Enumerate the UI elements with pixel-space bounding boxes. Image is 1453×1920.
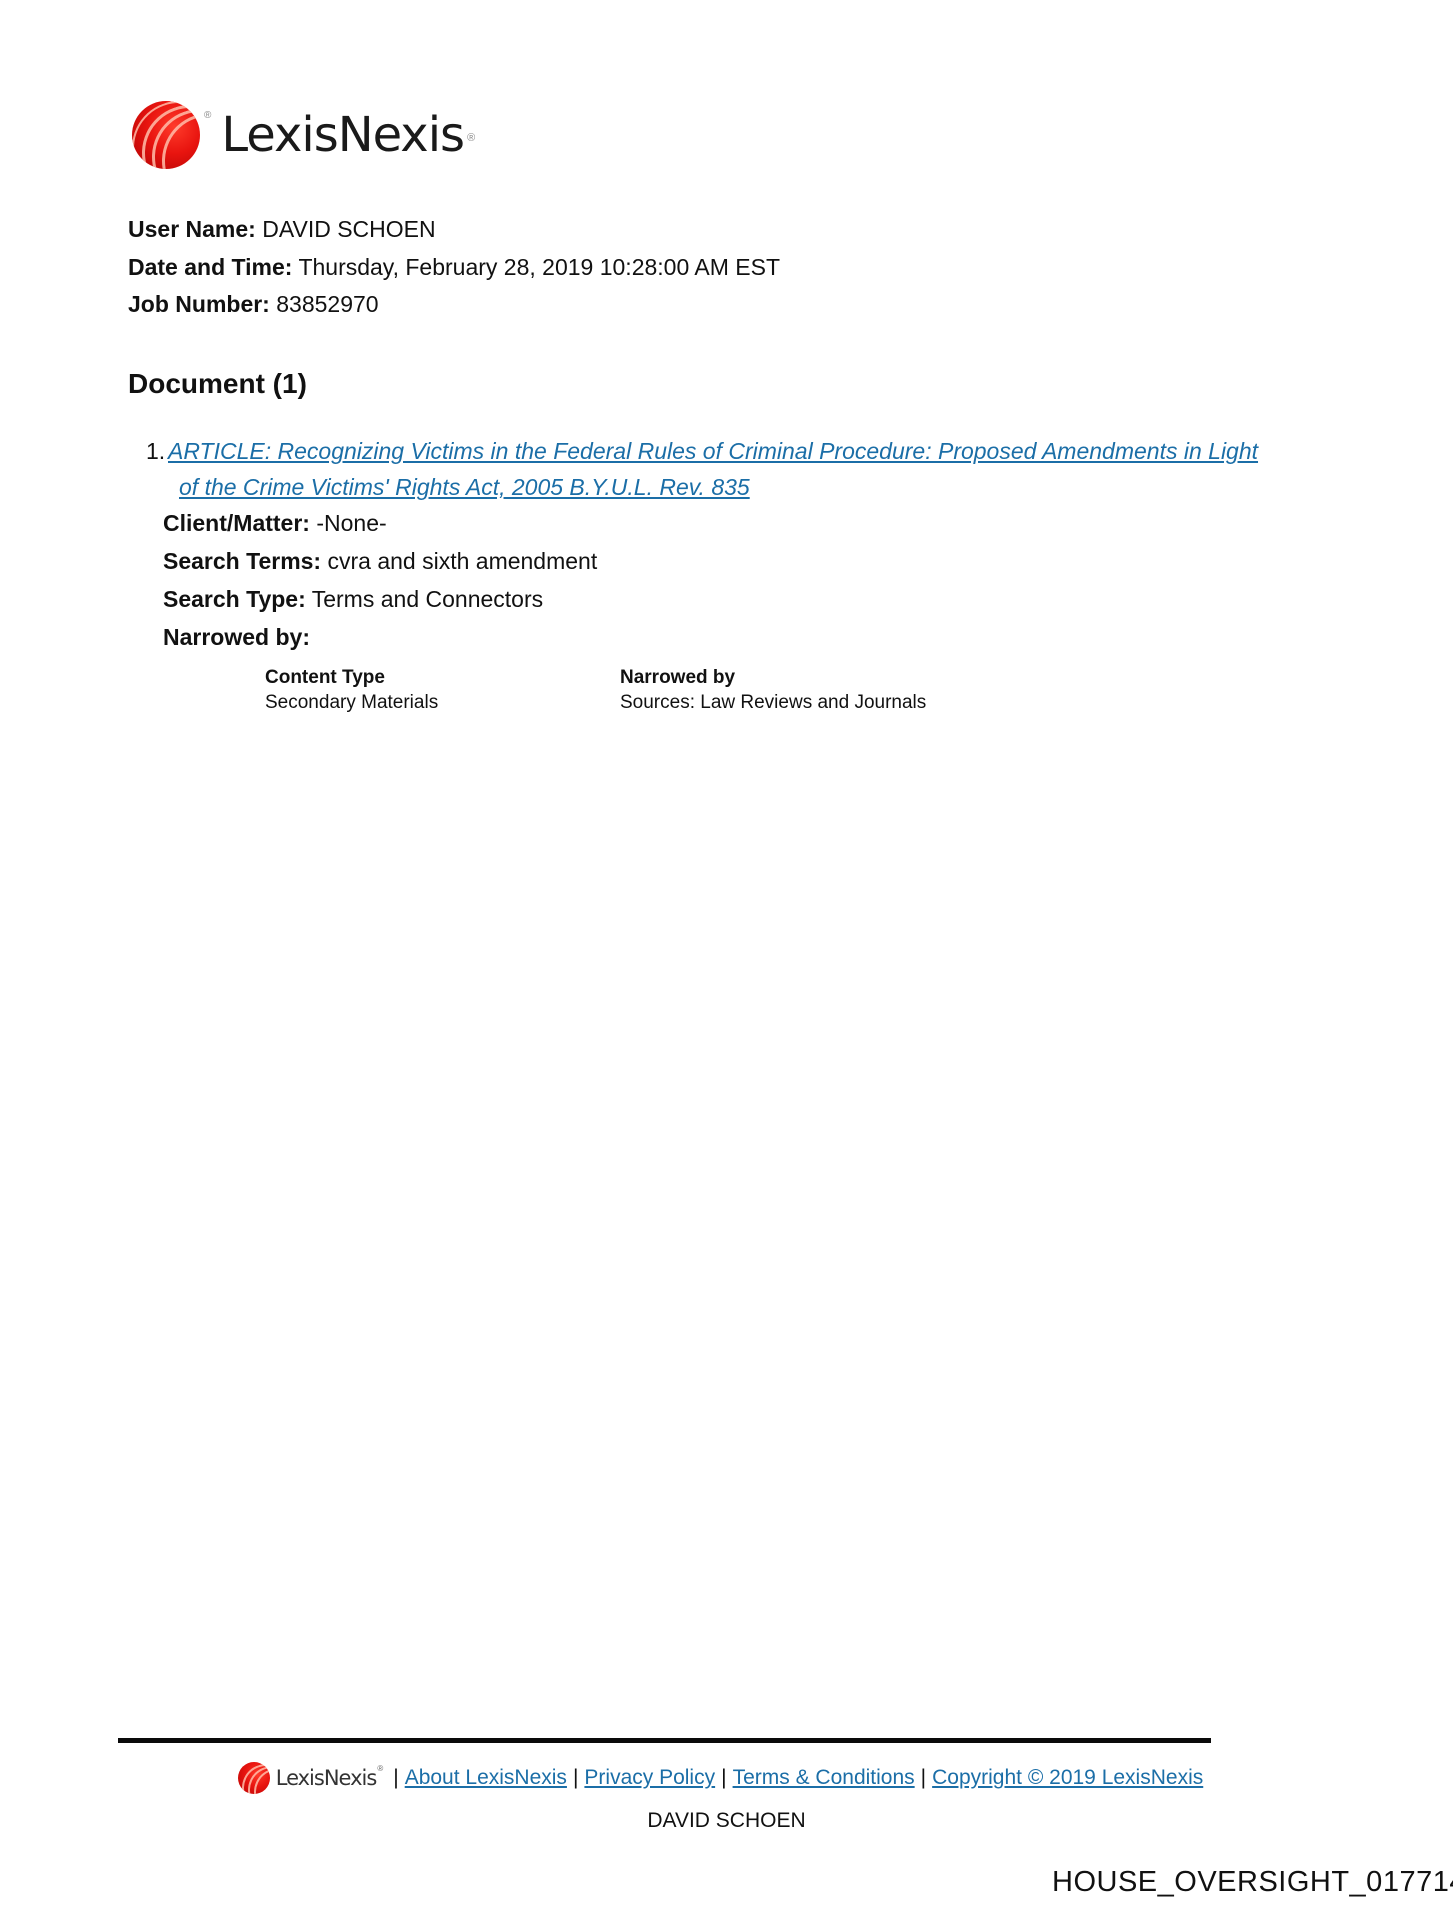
footer-logo-wordmark: LexisNexis [276, 1766, 377, 1790]
globe-icon [238, 1762, 270, 1794]
about-lexisnexis-link[interactable]: About LexisNexis [405, 1766, 567, 1790]
content-type-value: Secondary Materials [265, 690, 438, 715]
privacy-policy-link[interactable]: Privacy Policy [584, 1766, 715, 1790]
separator: | [721, 1766, 726, 1790]
document-title-link[interactable]: ARTICLE: Recognizing Victims in the Fede… [165, 433, 1315, 505]
narrowed-by-sources: Narrowed by Sources: Law Reviews and Jou… [620, 665, 926, 715]
logo-wordmark: LexisNexis [221, 107, 464, 163]
date-time-line: Date and Time: Thursday, February 28, 20… [128, 253, 780, 281]
job-number-line: Job Number: 83852970 [128, 290, 379, 318]
document-title-line1[interactable]: ARTICLE: Recognizing Victims in the Fede… [168, 438, 1258, 464]
client-matter-line: Client/Matter: -None- [163, 509, 387, 537]
search-terms-label: Search Terms: [163, 548, 321, 574]
narrowed-by-line: Narrowed by: [163, 623, 310, 651]
document-title-line2[interactable]: of the Crime Victims' Rights Act, 2005 B… [165, 469, 1315, 505]
registered-mark: ® [377, 1764, 383, 1773]
search-terms-value: cvra and sixth amendment [327, 548, 597, 574]
registered-mark: ® [204, 110, 211, 121]
document-number: 1. [146, 433, 165, 469]
search-type-label: Search Type: [163, 586, 306, 612]
separator: | [393, 1766, 398, 1790]
search-type-line: Search Type: Terms and Connectors [163, 585, 543, 613]
footer-links-bar: LexisNexis ® | About LexisNexis | Privac… [0, 1762, 1453, 1794]
user-name-label: User Name: [128, 216, 256, 242]
client-matter-value: -None- [316, 510, 386, 536]
job-number-label: Job Number: [128, 291, 270, 317]
user-name-value: DAVID SCHOEN [262, 216, 435, 242]
client-matter-label: Client/Matter: [163, 510, 310, 536]
search-type-value: Terms and Connectors [312, 586, 543, 612]
registered-mark: ® [467, 132, 475, 144]
content-type-header: Content Type [265, 665, 438, 690]
terms-conditions-link[interactable]: Terms & Conditions [733, 1766, 915, 1790]
document-heading: Document (1) [128, 368, 307, 400]
copyright-link[interactable]: Copyright © 2019 LexisNexis [932, 1766, 1203, 1790]
date-time-label: Date and Time: [128, 254, 292, 280]
narrowed-by-value: Sources: Law Reviews and Journals [620, 690, 926, 715]
lexisnexis-logo: ® LexisNexis ® [132, 100, 475, 170]
narrowed-by-header: Narrowed by [620, 665, 926, 690]
bates-number: HOUSE_OVERSIGHT_017714 [1052, 1866, 1453, 1899]
separator: | [573, 1766, 578, 1790]
date-time-value: Thursday, February 28, 2019 10:28:00 AM … [298, 254, 780, 280]
search-terms-line: Search Terms: cvra and sixth amendment [163, 547, 597, 575]
footer-divider [118, 1738, 1211, 1743]
globe-icon [132, 101, 200, 169]
user-name-line: User Name: DAVID SCHOEN [128, 215, 436, 243]
job-number-value: 83852970 [276, 291, 378, 317]
separator: | [921, 1766, 926, 1790]
footer-user-name: DAVID SCHOEN [0, 1809, 1453, 1833]
narrowed-by-content-type: Content Type Secondary Materials [265, 665, 438, 715]
narrowed-by-label: Narrowed by: [163, 624, 310, 650]
